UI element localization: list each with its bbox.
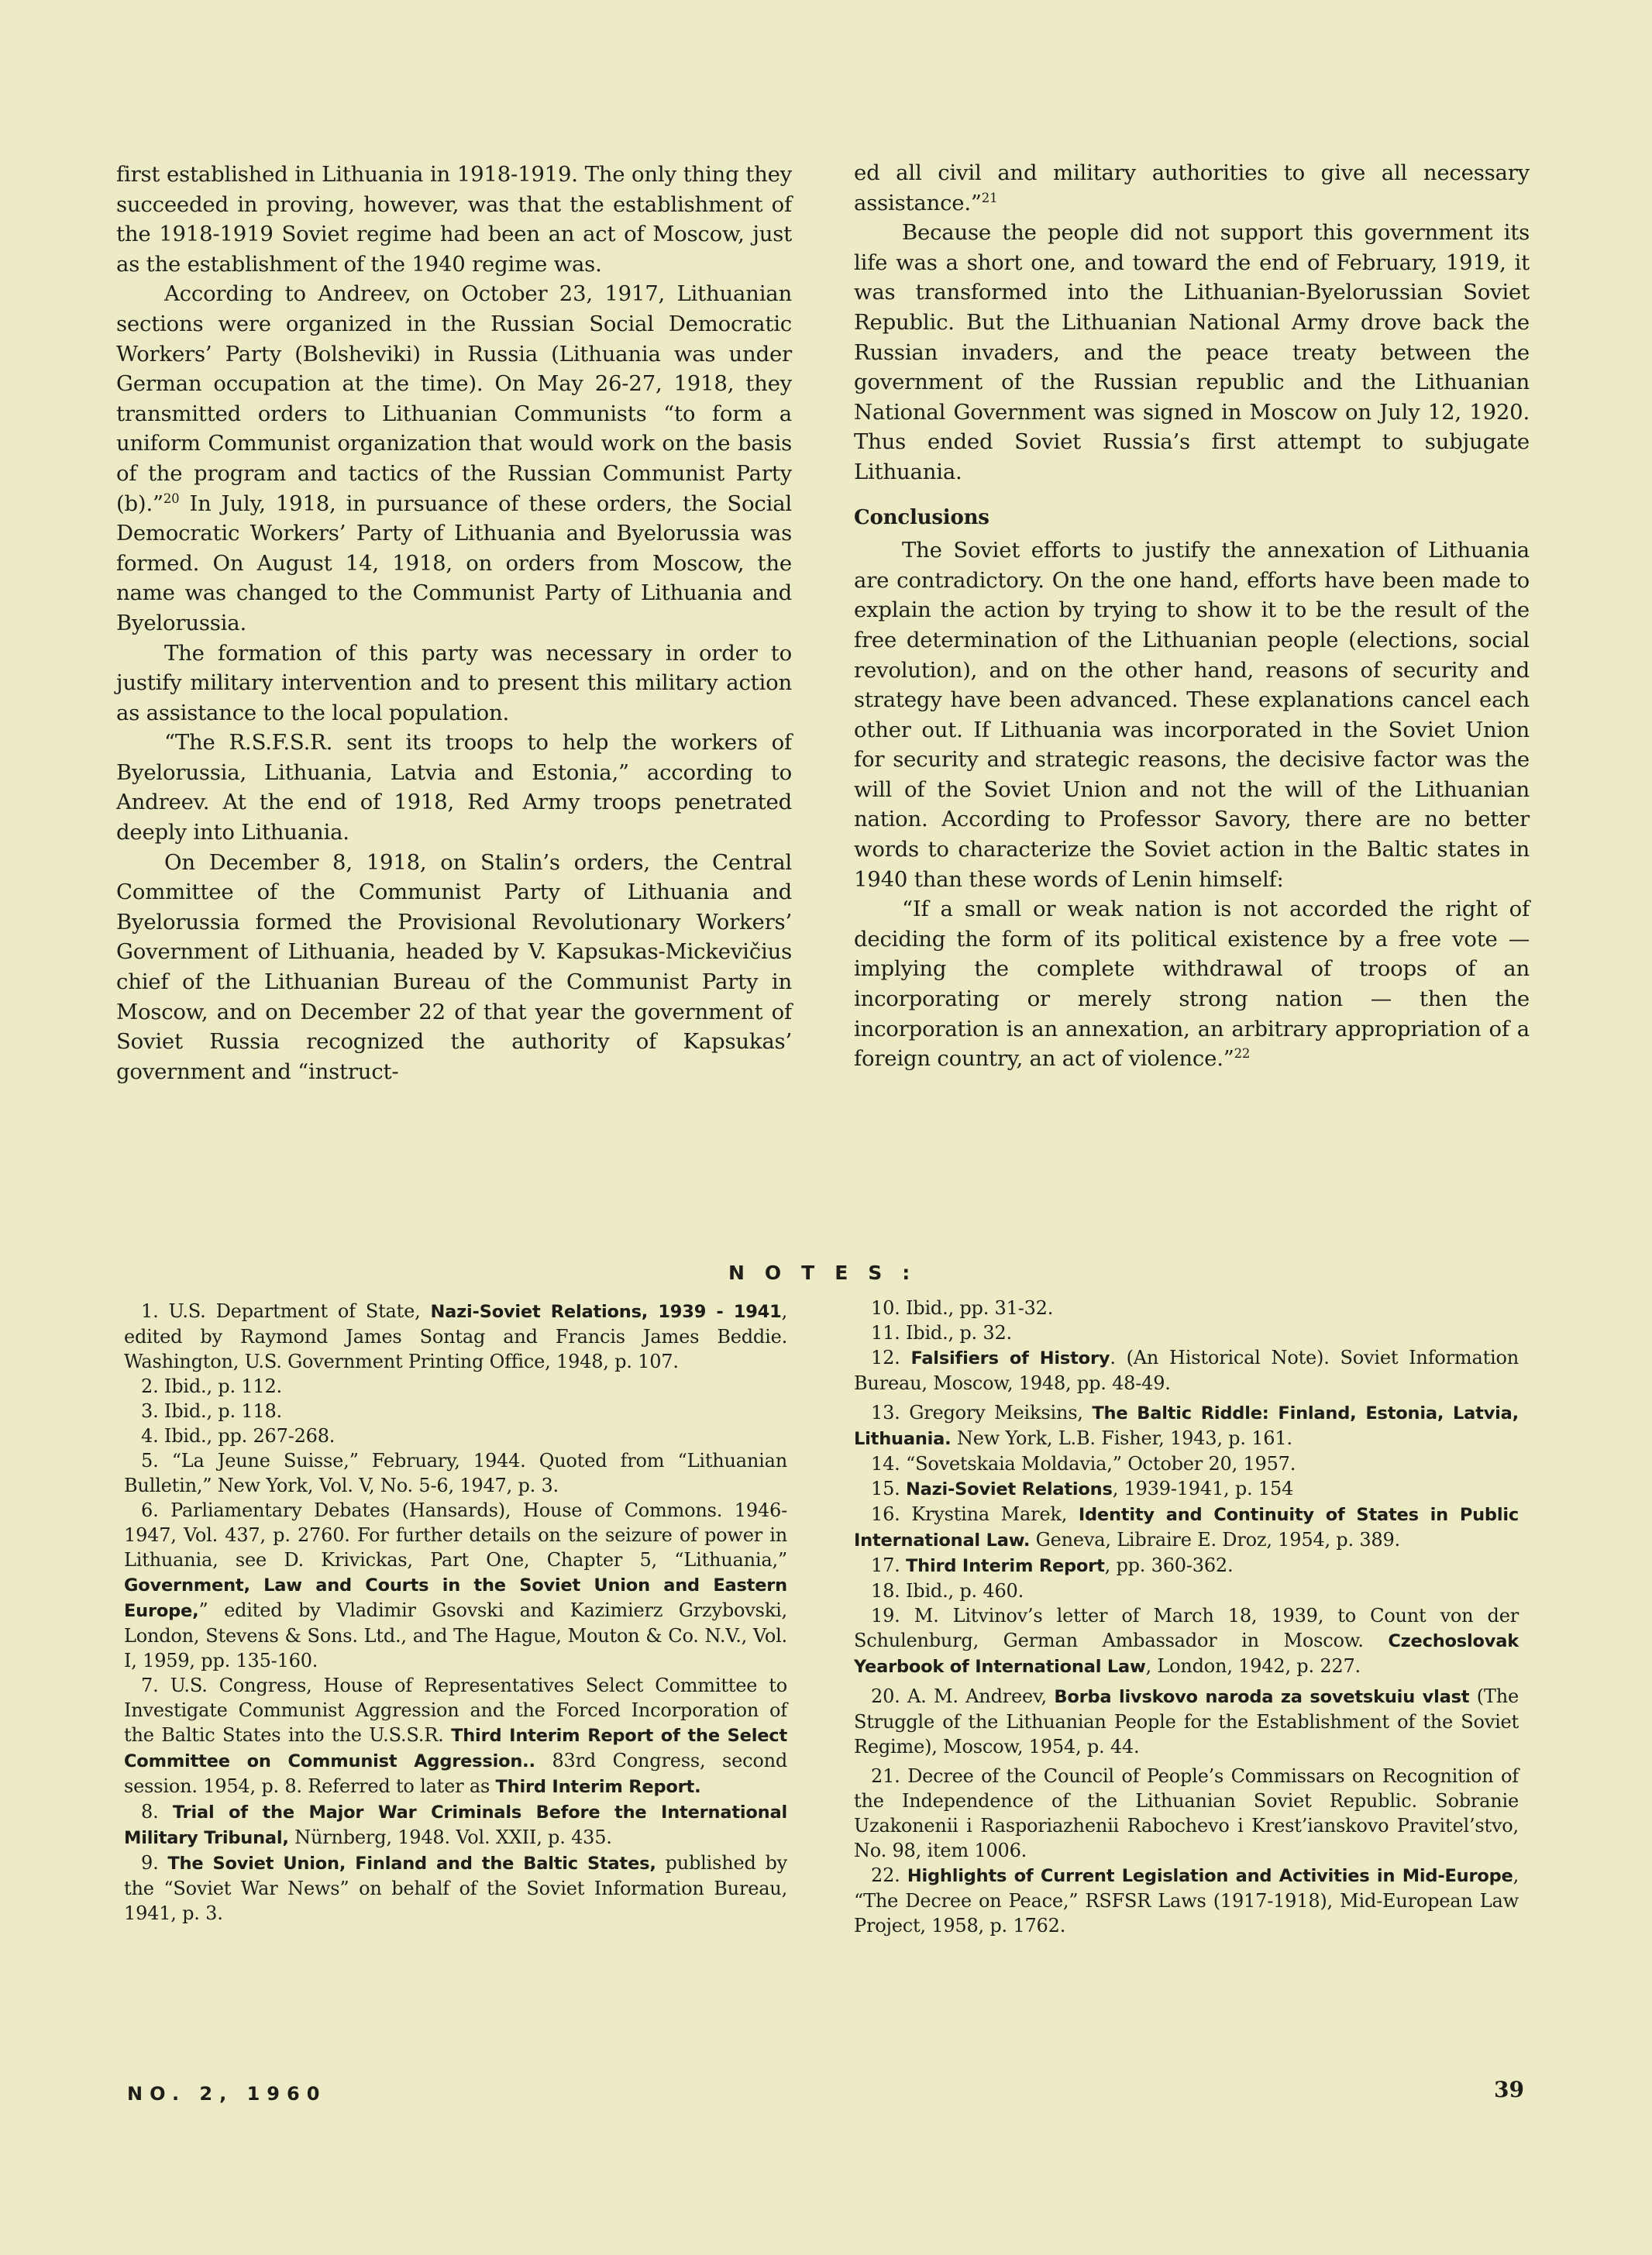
note-title: The Soviet Union, Finland and the Baltic… [167,1854,656,1874]
note-text: Geneva, Libraire E. Droz, 1954, p. 389. [1030,1529,1400,1551]
footnote-17: 17. Third Interim Report, pp. 360-362. [854,1553,1519,1578]
note-number: 16. [871,1503,900,1525]
note-text: Ibid., p. 460. [900,1580,1024,1602]
footnote-20: 20. A. M. Andreev, Borba livskovo naroda… [854,1684,1519,1759]
footnote-14: 14. “Sovetskaia Moldavia,” October 20, 1… [854,1451,1519,1476]
note-text [900,1347,911,1368]
note-number: 3. [141,1400,159,1422]
note-title: Borba livskovo naroda za sovetskuiu vlas… [1054,1687,1469,1707]
footnote-ref[interactable]: 22 [1234,1046,1251,1061]
footnote-5: 5. “La Jeune Suisse,” February, 1944. Qu… [124,1448,787,1498]
note-number: 15. [871,1478,900,1499]
note-title: Falsifiers of History [910,1348,1110,1368]
note-text: , 1939-1941, p. 154 [1113,1478,1293,1499]
footnote-21: 21. Decree of the Council of People’s Co… [854,1764,1519,1863]
footnote-10: 10. Ibid., pp. 31-32. [854,1296,1519,1320]
note-number: 8. [141,1801,159,1823]
footnote-19: 19. M. Litvinov’s letter of March 18, 19… [854,1603,1519,1679]
note-number: 11. [871,1322,900,1344]
note-text: Krystina Marek, [900,1503,1079,1525]
note-text: U.S. Department of State, [159,1300,431,1322]
note-text [900,1554,906,1576]
note-text: Nürnberg, 1948. Vol. XXII, p. 435. [289,1826,612,1848]
note-text: “Sovetskaia Moldavia,” October 20, 1957. [900,1453,1296,1475]
note-title: Highlights of Current Legislation and Ac… [907,1866,1513,1886]
note-title: Third Interim Report [906,1556,1105,1576]
note-number: 9. [141,1852,159,1874]
note-text [900,1864,907,1886]
note-text: Ibid., p. 32. [900,1322,1012,1344]
paragraph: On December 8, 1918, on Stalin’s orders,… [116,848,792,1087]
paragraph-text: According to Andreev, on October 23, 191… [116,281,792,515]
note-text: Ibid., pp. 267-268. [159,1425,336,1447]
footnote-11: 11. Ibid., p. 32. [854,1320,1519,1345]
note-number: 12. [871,1347,900,1368]
footnote-22: 22. Highlights of Current Legislation an… [854,1863,1519,1938]
page-number: 39 [1494,2077,1524,2102]
note-number: 7. [141,1675,159,1696]
note-text: A. M. Andreev, [900,1685,1055,1707]
paragraph: The Soviet efforts to justify the annexa… [854,535,1530,894]
footnote-13: 13. Gregory Meiksins, The Baltic Riddle:… [854,1400,1519,1451]
note-text: New York, L.B. Fisher, 1943, p. 161. [952,1427,1292,1449]
note-text: , pp. 360-362. [1105,1554,1234,1576]
section-heading: Conclusions [854,503,1530,533]
note-text [900,1478,906,1499]
note-number: 20. [871,1685,900,1707]
footnote-7: 7. U.S. Congress, House of Representativ… [124,1673,787,1799]
footnote-1: 1. U.S. Department of State, Nazi-Soviet… [124,1299,787,1374]
quote-paragraph: “If a small or weak nation is not accord… [854,894,1530,1074]
note-text: , London, 1942, p. 227. [1146,1655,1361,1677]
footnote-3: 3. Ibid., p. 118. [124,1399,787,1424]
paragraph: “The R.S.F.S.R. sent its troops to help … [116,728,792,847]
paragraph-text: “If a small or weak nation is not accord… [854,897,1530,1071]
paragraph: ed all civil and military authorities to… [854,158,1530,218]
note-text: Ibid., p. 112. [159,1375,282,1397]
footnote-ref[interactable]: 21 [982,191,998,205]
note-text: Gregory Meiksins, [900,1402,1093,1424]
footnote-16: 16. Krystina Marek, Identity and Continu… [854,1502,1519,1553]
article-right-column: ed all civil and military authorities to… [854,158,1530,1074]
note-number: 17. [871,1554,900,1576]
notes-left-column: 1. U.S. Department of State, Nazi-Soviet… [124,1299,787,1926]
footnote-18: 18. Ibid., p. 460. [854,1578,1519,1603]
footnote-8: 8. Trial of the Major War Criminals Befo… [124,1799,787,1850]
paragraph: Because the people did not support this … [854,218,1530,487]
paragraph: The formation of this party was necessar… [116,639,792,728]
note-text [159,1801,173,1823]
article-left-column: first established in Lithuania in 1918-1… [116,160,792,1086]
note-number: 13. [871,1402,900,1424]
note-text: Decree of the Council of People’s Commis… [854,1765,1519,1861]
note-number: 18. [871,1580,900,1602]
paragraph: first established in Lithuania in 1918-1… [116,160,792,279]
paragraph: According to Andreev, on October 23, 191… [116,279,792,638]
footnote-4: 4. Ibid., pp. 267-268. [124,1424,787,1448]
note-number: 1. [141,1300,159,1322]
note-text: Ibid., pp. 31-32. [900,1297,1054,1319]
footnote-9: 9. The Soviet Union, Finland and the Bal… [124,1850,787,1926]
note-number: 10. [871,1297,900,1319]
note-number: 4. [141,1425,159,1447]
paragraph-text: In July, 1918, in pursuance of these ord… [116,491,792,635]
note-number: 14. [871,1453,900,1475]
notes-heading: NOTES: [728,1262,930,1284]
note-number: 2. [141,1375,159,1397]
note-text: “La Jeune Suisse,” February, 1944. Quote… [124,1450,787,1496]
note-title: Nazi-Soviet Relations [906,1479,1113,1499]
notes-right-column: 10. Ibid., pp. 31-32. 11. Ibid., p. 32. … [854,1296,1519,1938]
note-title: Third Interim Report. [496,1777,701,1797]
footnote-12: 12. Falsifiers of History. (An Historica… [854,1345,1519,1396]
issue-label: NO. 2, 1960 [127,2083,326,2105]
footnote-15: 15. Nazi-Soviet Relations, 1939-1941, p.… [854,1476,1519,1502]
note-text: Ibid., p. 118. [159,1400,282,1422]
note-number: 6. [141,1499,159,1521]
footnote-ref[interactable]: 20 [163,491,180,506]
note-number: 21. [871,1765,900,1787]
note-text: ” edited by Vladimir Gsovski and Kazimie… [124,1599,787,1671]
footnote-6: 6. Parliamentary Debates (Hansards), Hou… [124,1498,787,1673]
footnote-2: 2. Ibid., p. 112. [124,1374,787,1399]
note-number: 22. [871,1864,900,1886]
note-text: Parliamentary Debates (Hansards), House … [124,1499,787,1571]
note-number: 5. [141,1450,159,1472]
note-text [159,1852,168,1874]
note-number: 19. [871,1605,900,1627]
note-title: Nazi-Soviet Relations, 1939 - 1941 [431,1302,782,1322]
paragraph-text: ed all civil and military authorities to… [854,160,1530,215]
